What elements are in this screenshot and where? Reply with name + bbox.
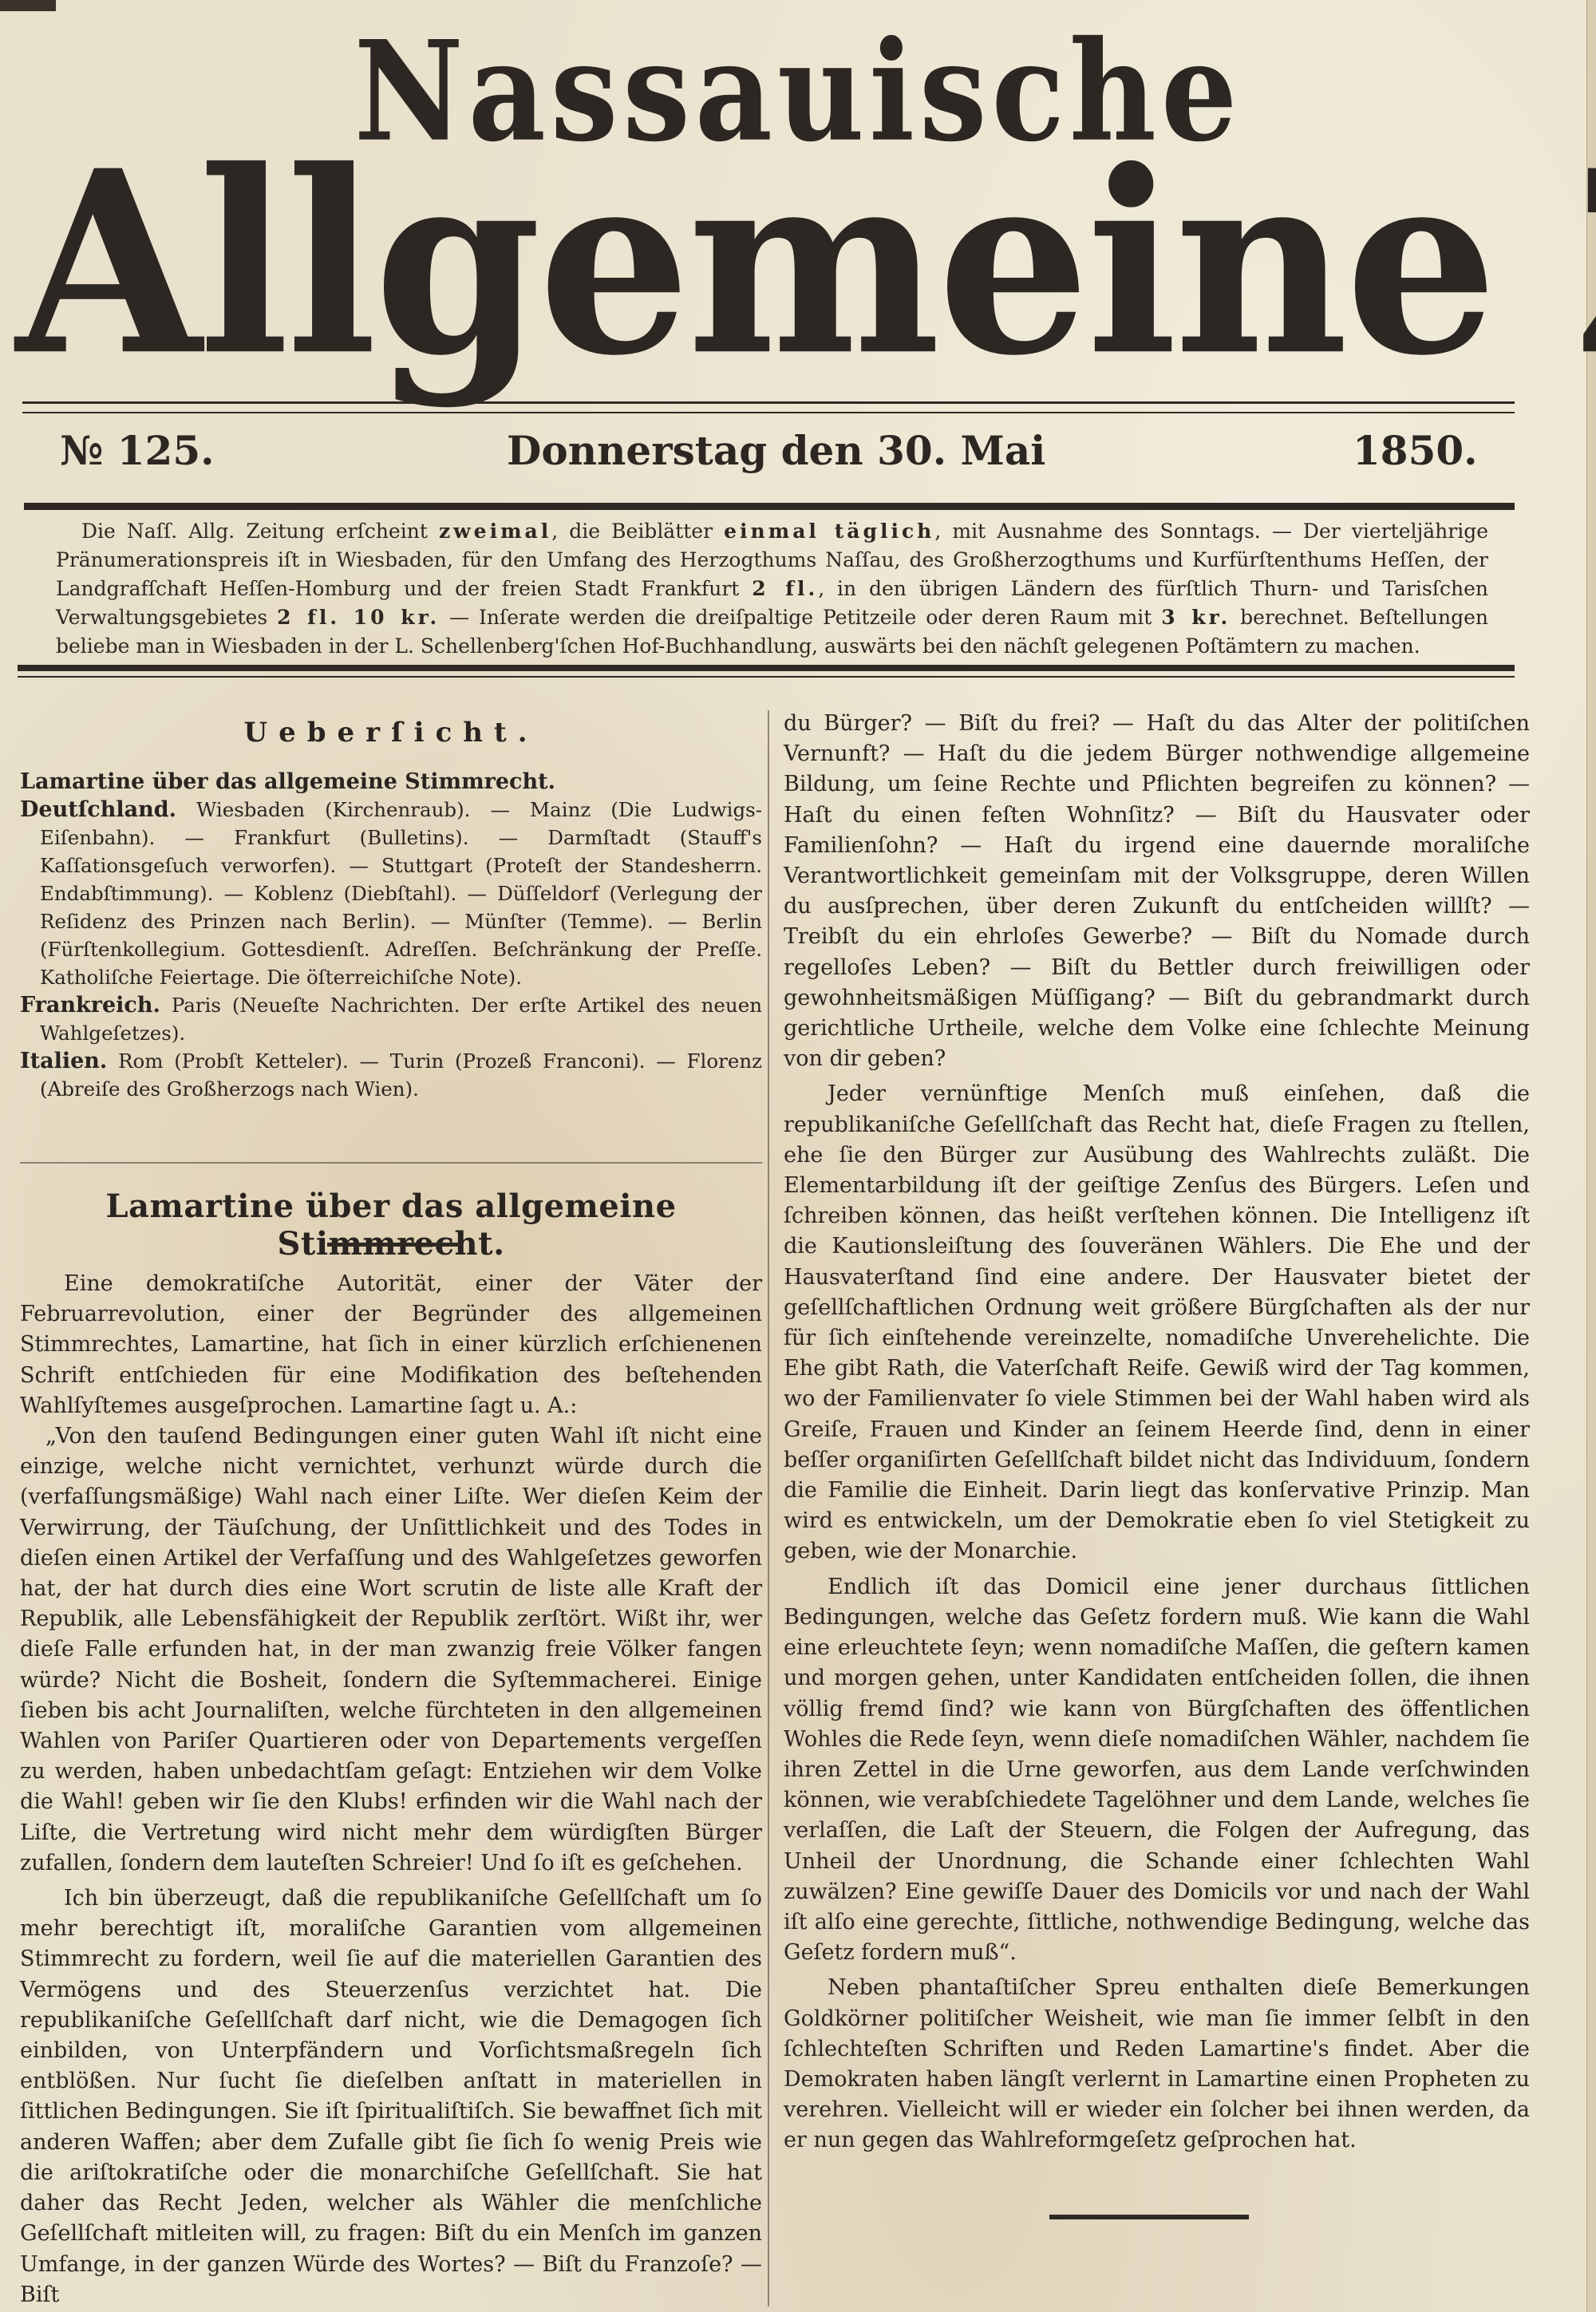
- issue-line: № 125. Donnerstag den 30. Mai 1850.: [56, 427, 1492, 483]
- column-divider: [768, 710, 769, 2306]
- article-end-rule: [1049, 2215, 1249, 2219]
- binding-corner: [0, 0, 56, 11]
- issue-date: Donnerstag den 30. Mai: [507, 427, 1045, 474]
- overview-rule: [20, 1162, 762, 1164]
- masthead-rule-top: [22, 401, 1515, 404]
- notice-rule-bottom-2: [18, 676, 1515, 678]
- article-paragraph: „Von den tauſend Bedingungen einer guten…: [20, 1421, 762, 1879]
- article-column-left: Eine demokratiſche Autorität, einer der …: [20, 1269, 762, 2310]
- article-paragraph: du Bürger? — Biſt du frei? — Haſt du das…: [784, 709, 1530, 1074]
- article-paragraph: Endlich iſt das Domicil eine jener durch…: [784, 1572, 1530, 1969]
- article-column-right: du Bürger? — Biſt du frei? — Haſt du das…: [784, 709, 1530, 2156]
- title-separator: [327, 1243, 463, 1247]
- overview-entry: Frankreich. Paris (Neueſte Nachrichten. …: [20, 991, 762, 1047]
- article-paragraph: Eine demokratiſche Autorität, einer der …: [20, 1269, 762, 1421]
- overview-entry: Italien. Rom (Probſt Ketteler). — Turin …: [20, 1047, 762, 1103]
- notice-rule-bottom-1: [18, 665, 1515, 671]
- article-paragraph: Ich bin überzeugt, daß die republikaniſc…: [20, 1883, 762, 2310]
- notice-rule-top: [24, 503, 1515, 510]
- subscription-notice: Die Naſſ. Allg. Zeitung erſcheint zweima…: [56, 517, 1488, 661]
- article-paragraph: Neben phantaſtiſcher Spreu enthalten die…: [784, 1973, 1530, 2156]
- issue-year: 1850.: [1353, 427, 1478, 474]
- masthead-rule-bottom: [22, 412, 1515, 413]
- article-paragraph: Jeder vernünftige Menſch muß einſehen, d…: [784, 1079, 1530, 1567]
- article-title: Lamartine über das allgemeine Stimmrecht…: [20, 1188, 762, 1263]
- overview-title: Ueberſicht.: [20, 717, 762, 749]
- overview-entry: Deutſchland. Wiesbaden (Kirchenraub). — …: [20, 796, 762, 991]
- overview-list: Lamartine über das allgemeine Stimmrecht…: [20, 768, 762, 1103]
- masthead-line-2: Allgemeine Zeitung.: [16, 138, 1548, 389]
- overview-entry: Lamartine über das allgemeine Stimmrecht…: [20, 768, 762, 796]
- newspaper-page: Nassauische Allgemeine Zeitung. № 125. D…: [0, 0, 1596, 2312]
- issue-number: № 125.: [60, 427, 215, 474]
